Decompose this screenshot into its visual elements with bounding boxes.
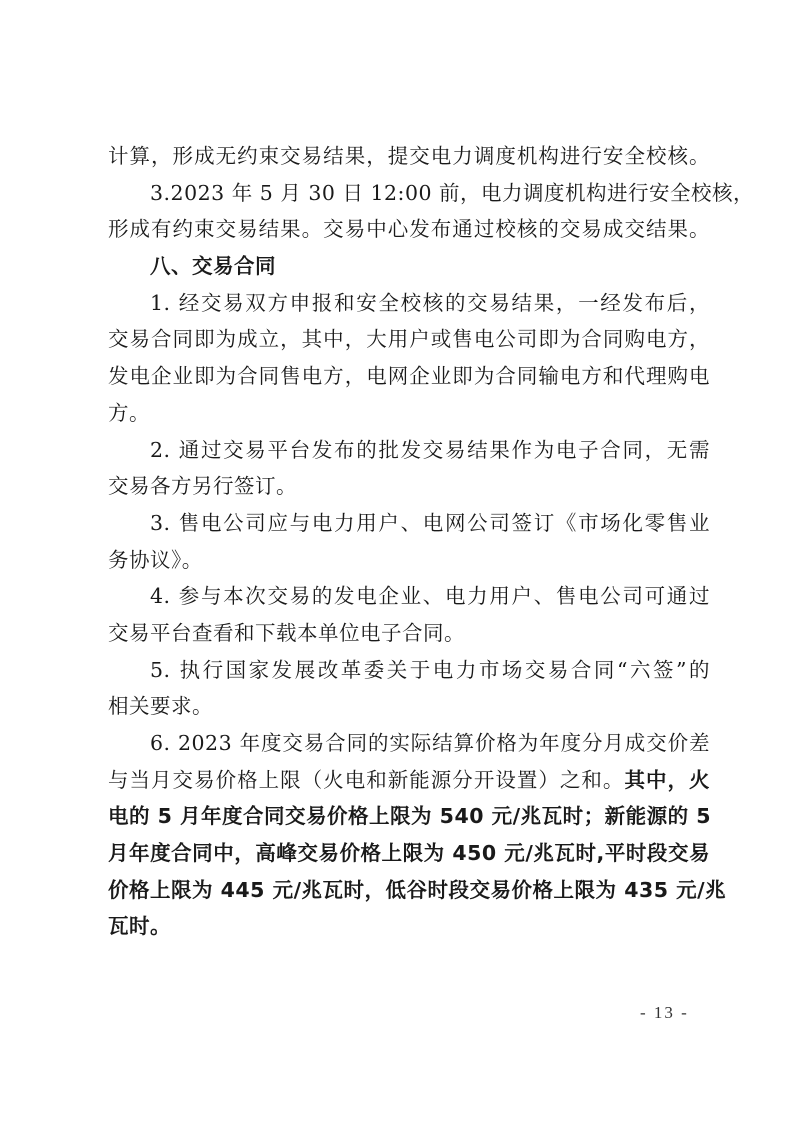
text-line: 形成有约束交易结果。交易中心发布通过校核的交易成交结果。 <box>108 211 710 248</box>
section-heading: 八、交易合同 <box>108 248 710 285</box>
text-line: 交易合同即为成立，其中，大用户或售电公司即为合同购电方， <box>108 321 710 358</box>
text-line: 交易平台查看和下载本单位电子合同。 <box>108 615 710 652</box>
text-line-bold: 电的 5 月年度合同交易价格上限为 540 元/兆瓦时；新能源的 5 <box>108 798 710 835</box>
text-line: 相关要求。 <box>108 688 710 725</box>
text-line: 5. 执行国家发展改革委关于电力市场交易合同“六签”的 <box>108 652 710 689</box>
text-line: 计算，形成无约束交易结果，提交电力调度机构进行安全校核。 <box>108 138 710 175</box>
text-line: 务协议》。 <box>108 542 710 579</box>
text-line: 发电企业即为合同售电方，电网企业即为合同输电方和代理购电 <box>108 358 710 395</box>
text-line: 3.2023 年 5 月 30 日 12:00 前，电力调度机构进行安全校核， <box>108 175 710 212</box>
text-line: 1. 经交易双方申报和安全校核的交易结果，一经发布后， <box>108 285 710 322</box>
text-line: 交易各方另行签订。 <box>108 468 710 505</box>
text-line: 方。 <box>108 395 710 432</box>
text-bold: 其中，火 <box>624 768 710 792</box>
text-line: 与当月交易价格上限（火电和新能源分开设置）之和。其中，火 <box>108 762 710 799</box>
page-number: - 13 - <box>640 1003 689 1023</box>
text-line: 4. 参与本次交易的发电企业、电力用户、售电公司可通过 <box>108 578 710 615</box>
document-body: 计算，形成无约束交易结果，提交电力调度机构进行安全校核。 3.2023 年 5 … <box>108 138 710 945</box>
text-line-bold: 瓦时。 <box>108 908 710 945</box>
text-line-bold: 价格上限为 445 元/兆瓦时，低谷时段交易价格上限为 435 元/兆 <box>108 872 710 909</box>
text-line: 3. 售电公司应与电力用户、电网公司签订《市场化零售业 <box>108 505 710 542</box>
text-line-bold: 月年度合同中，高峰交易价格上限为 450 元/兆瓦时,平时段交易 <box>108 835 710 872</box>
text-normal: 与当月交易价格上限（火电和新能源分开设置）之和。 <box>108 768 624 792</box>
text-line: 2. 通过交易平台发布的批发交易结果作为电子合同，无需 <box>108 432 710 469</box>
text-line: 6. 2023 年度交易合同的实际结算价格为年度分月成交价差 <box>108 725 710 762</box>
